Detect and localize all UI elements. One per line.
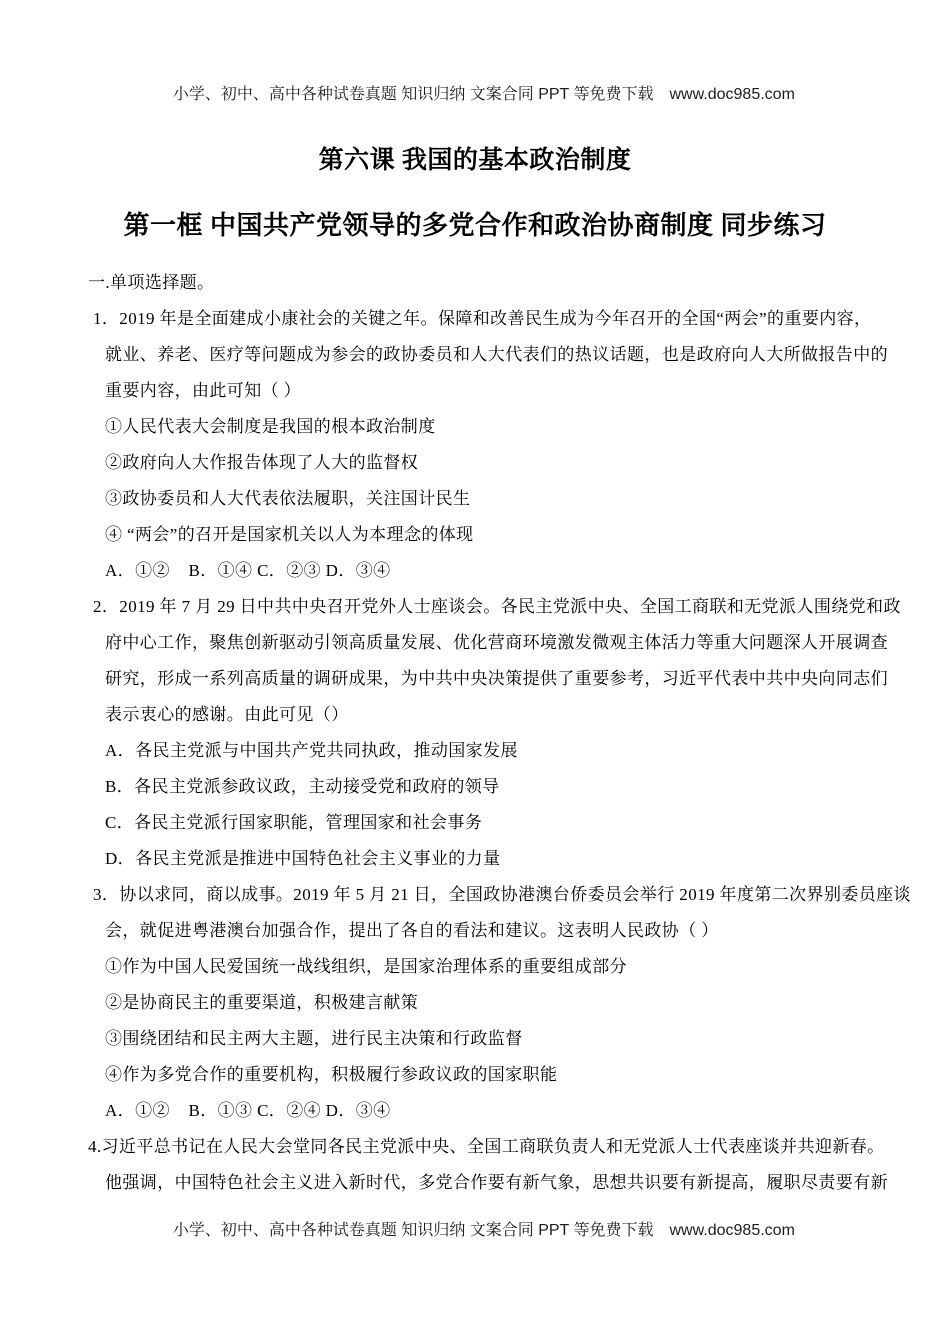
question-1-item-4: ④ “两会”的召开是国家机关以人为本理念的体现	[0, 517, 950, 553]
question-3-stem-line-2: 会，就促进粤港澳台加强合作，提出了各自的看法和建议。这表明人民政协（ ）	[0, 913, 950, 949]
question-3-answer-options: A．①② B．①③ C．②④ D．③④	[0, 1093, 950, 1129]
site-url-bottom: www.doc985.com	[670, 1222, 795, 1239]
question-3-item-3: ③围绕团结和民主两大主题，进行民主决策和行政监督	[0, 1021, 950, 1057]
site-banner-top: 小学、初中、高中各种试卷真题 知识归纳 文案合同 PPT 等免费下载www.do…	[0, 62, 950, 128]
question-4-stem-line-1: 4.习近平总书记在人民大会堂同各民主党派中央、全国工商联负责人和无党派人士代表座…	[0, 1129, 950, 1165]
frame-subtitle: 第一框 中国共产党领导的多党合作和政治协商制度 同步练习	[0, 206, 950, 246]
site-notice-text-top: 小学、初中、高中各种试卷真题 知识归纳 文案合同 PPT 等免费下载	[173, 86, 654, 103]
question-1-item-1: ①人民代表大会制度是我国的根本政治制度	[0, 409, 950, 445]
question-2-stem-line-3: 研究，形成一系列高质量的调研成果，为中共中央决策提供了重要参考，习近平代表中共中…	[0, 661, 950, 697]
question-1-stem-line-3: 重要内容，由此可知（ ）	[0, 373, 950, 409]
question-2-stem-line-4: 表示衷心的感谢。由此可见（）	[0, 697, 950, 733]
site-url-top: www.doc985.com	[670, 86, 795, 103]
question-1-answer-options: A．①② B．①④ C．②③ D．③④	[0, 553, 950, 589]
question-3-item-2: ②是协商民主的重要渠道，积极建言献策	[0, 985, 950, 1021]
lesson-title: 第六课 我国的基本政治制度	[0, 144, 950, 178]
question-3-stem-line-1: 3．协以求同，商以成事。2019 年 5 月 21 日，全国政协港澳台侨委员会举…	[0, 877, 950, 913]
question-body: 一.单项选择题。 1．2019 年是全面建成小康社会的关键之年。保障和改善民生成…	[0, 265, 950, 1201]
site-notice-text-bottom: 小学、初中、高中各种试卷真题 知识归纳 文案合同 PPT 等免费下载	[173, 1222, 654, 1239]
question-1-item-3: ③政协委员和人大代表依法履职，关注国计民生	[0, 481, 950, 517]
question-2-option-a: A．各民主党派与中国共产党共同执政，推动国家发展	[0, 733, 950, 769]
question-1-stem-line-2: 就业、养老、医疗等问题成为参会的政协委员和人大代表们的热议话题，也是政府向人大所…	[0, 337, 950, 373]
question-3-item-4: ④作为多党合作的重要机构，积极履行参政议政的国家职能	[0, 1057, 950, 1093]
question-1-item-2: ②政府向人大作报告体现了人大的监督权	[0, 445, 950, 481]
question-3-item-1: ①作为中国人民爱国统一战线组织，是国家治理体系的重要组成部分	[0, 949, 950, 985]
question-2-stem-line-2: 府中心工作，聚焦创新驱动引领高质量发展、优化营商环境激发微观主体活力等重大问题深…	[0, 625, 950, 661]
site-banner-bottom: 小学、初中、高中各种试卷真题 知识归纳 文案合同 PPT 等免费下载www.do…	[0, 1192, 950, 1270]
question-2-option-b: B．各民主党派参政议政，主动接受党和政府的领导	[0, 769, 950, 805]
question-2-stem-line-1: 2．2019 年 7 月 29 日中共中央召开党外人士座谈会。各民主党派中央、全…	[0, 589, 950, 625]
question-2-option-d: D．各民主党派是推进中国特色社会主义事业的力量	[0, 841, 950, 877]
section-heading: 一.单项选择题。	[0, 265, 950, 301]
question-2-option-c: C．各民主党派行国家职能，管理国家和社会事务	[0, 805, 950, 841]
question-1-stem-line-1: 1．2019 年是全面建成小康社会的关键之年。保障和改善民生成为今年召开的全国“…	[0, 301, 950, 337]
document-page: 小学、初中、高中各种试卷真题 知识归纳 文案合同 PPT 等免费下载www.do…	[0, 0, 950, 1344]
